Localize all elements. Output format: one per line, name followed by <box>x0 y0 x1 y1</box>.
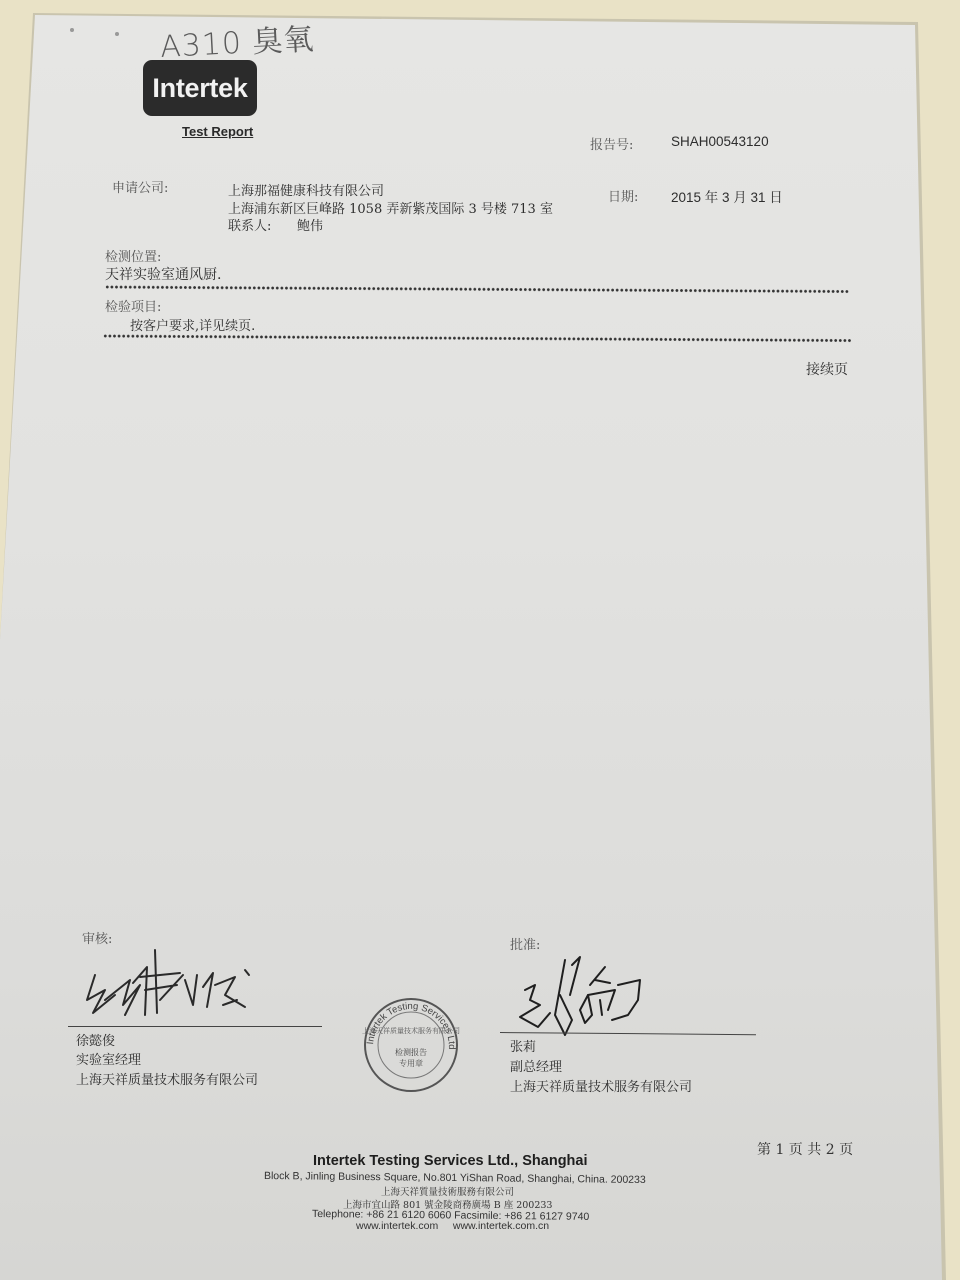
hole-mark <box>115 32 119 36</box>
footer-website: www.intertek.com www.intertek.com.cn <box>356 1220 549 1232</box>
items-value: 按客户要求,详见续页. <box>130 315 255 334</box>
footer-company: Intertek Testing Services Ltd., Shanghai <box>313 1153 588 1169</box>
approver-company: 上海天祥质量技术服务有限公司 <box>510 1076 692 1095</box>
contact-name: 鲍伟 <box>297 215 323 234</box>
svg-text:检测报告: 检测报告 <box>395 1047 427 1057</box>
document-type-title: Test Report <box>182 124 253 139</box>
reviewer-title: 实验室经理 <box>76 1049 141 1068</box>
location-label: 检测位置: <box>105 246 161 265</box>
date-label: 日期: <box>608 186 638 205</box>
svg-text:专用章: 专用章 <box>399 1058 423 1068</box>
report-number-label: 报告号: <box>590 134 633 153</box>
approver-name: 张莉 <box>510 1036 536 1055</box>
applicant-company: 上海那福健康科技有限公司 <box>228 180 384 199</box>
approver-signature <box>510 955 650 1040</box>
applicant-address: 上海浦东新区巨峰路 1058 弄新紫茂国际 3 号楼 713 室 <box>228 198 553 217</box>
report-number: SHAH00543120 <box>671 134 769 149</box>
continued-note: 接续页 <box>806 359 848 379</box>
official-seal: Intertek Testing Services Ltd., Shanghai… <box>358 995 464 1093</box>
contact-label: 联系人: <box>228 215 271 234</box>
handwritten-note: A310 臭氧 <box>159 14 315 66</box>
location-value: 天祥实验室通风厨. <box>105 264 221 284</box>
applicant-label: 申请公司: <box>112 177 168 196</box>
report-date: 2015 年 3 月 31 日 <box>671 186 783 206</box>
reviewer-signature-line <box>68 1026 322 1027</box>
approver-label: 批准: <box>510 934 540 953</box>
intertek-logo: Intertek <box>143 60 257 116</box>
reviewer-signature <box>85 945 265 1025</box>
footer-company-cn: 上海天祥質量技術服務有限公司 <box>381 1184 514 1198</box>
svg-text:上海天祥质量技术服务有限公司: 上海天祥质量技术服务有限公司 <box>362 1026 460 1035</box>
approver-title: 副总经理 <box>510 1056 562 1075</box>
svg-text:Intertek Testing Services Ltd.: Intertek Testing Services Ltd., Shanghai <box>358 995 457 1050</box>
reviewer-company: 上海天祥质量技术服务有限公司 <box>76 1069 258 1088</box>
page-indicator: 第 1 页 共 2 页 <box>757 1139 853 1159</box>
items-label: 检验项目: <box>105 296 161 315</box>
reviewer-name: 徐懿俊 <box>76 1030 115 1049</box>
hole-mark <box>70 28 74 32</box>
